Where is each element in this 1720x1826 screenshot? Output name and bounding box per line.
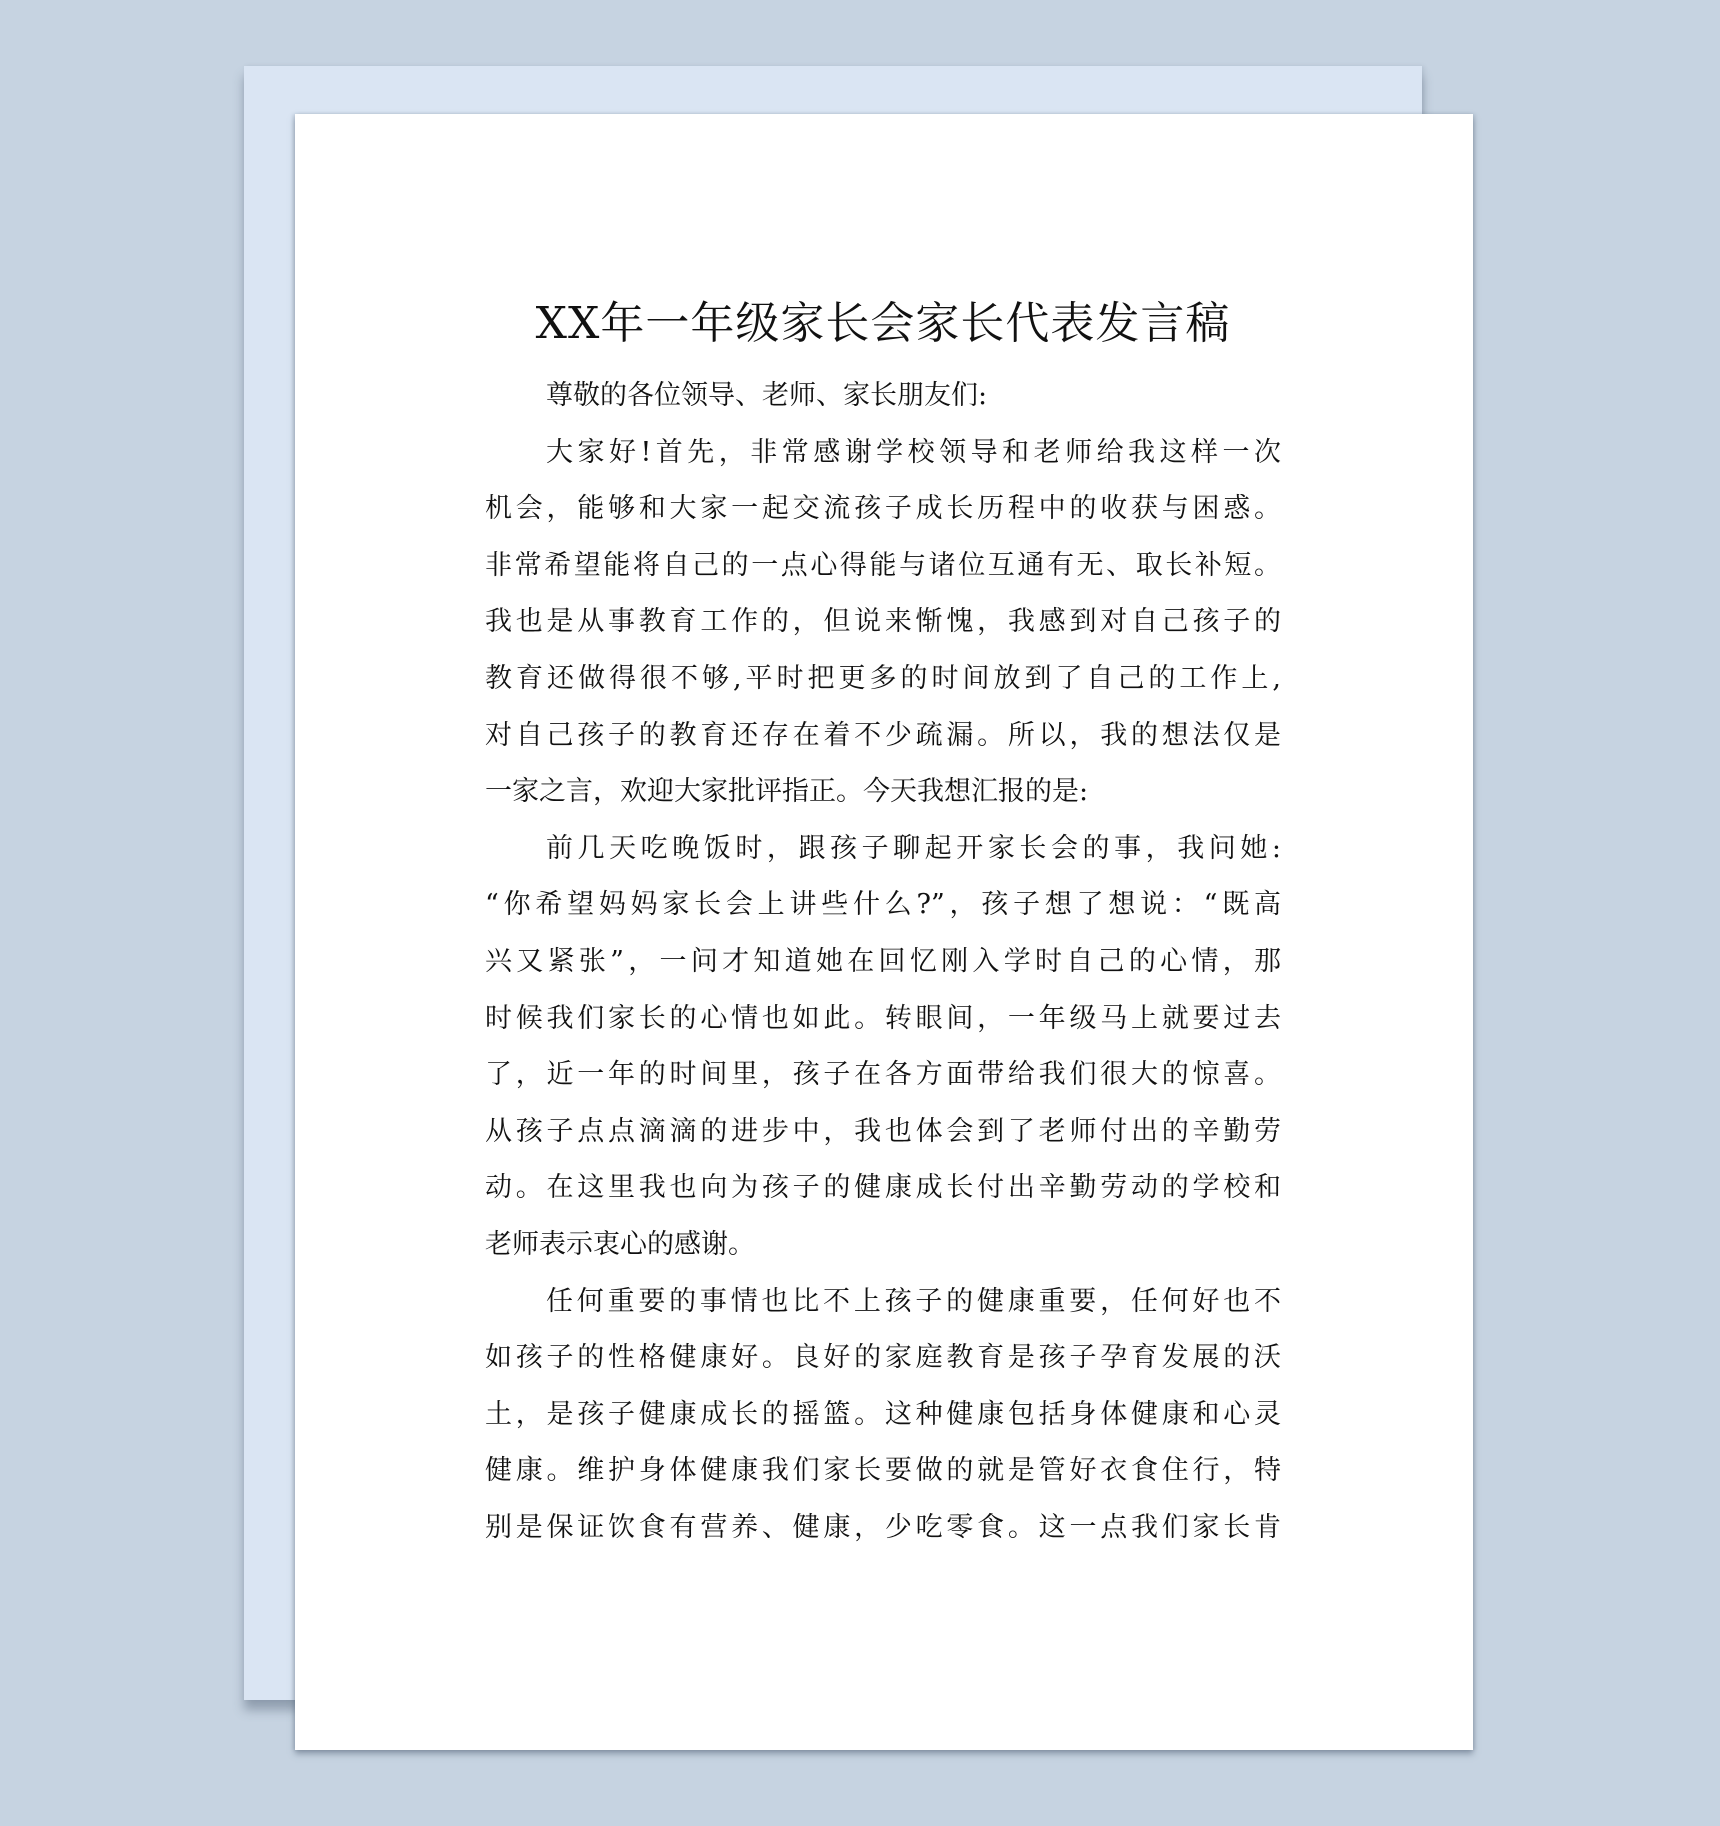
text-line: 了，近一年的时间里，孩子在各方面带给我们很大的惊喜。	[485, 1047, 1281, 1104]
text-line: 从孩子点点滴滴的进步中，我也体会到了老师付出的辛勤劳	[485, 1104, 1281, 1161]
text-line: 任何重要的事情也比不上孩子的健康重要，任何好也不	[485, 1274, 1281, 1331]
intro-paragraph: 大家好!首先，非常感谢学校领导和老师给我这样一次 机会，能够和大家一起交流孩子成…	[485, 425, 1281, 821]
document-body: XX年一年级家长会家长代表发言稿 尊敬的各位领导、老师、家长朋友们: 大家好!首…	[485, 294, 1281, 1556]
text-line: 老师表示衷心的感谢。	[485, 1217, 1281, 1274]
text-line: 时候我们家长的心情也如此。转眼间，一年级马上就要过去	[485, 991, 1281, 1048]
story-paragraph: 前几天吃晚饭时，跟孩子聊起开家长会的事，我问她: “你希望妈妈家长会上讲些什么?…	[485, 821, 1281, 1274]
text-line: 土，是孩子健康成长的摇篮。这种健康包括身体健康和心灵	[485, 1387, 1281, 1444]
text-line: 大家好!首先，非常感谢学校领导和老师给我这样一次	[485, 425, 1281, 482]
text-line: 兴又紧张”，一问才知道她在回忆刚入学时自己的心情，那	[485, 934, 1281, 991]
text-line: 尊敬的各位领导、老师、家长朋友们:	[485, 368, 1281, 425]
text-line: 前几天吃晚饭时，跟孩子聊起开家长会的事，我问她:	[485, 821, 1281, 878]
salutation-paragraph: 尊敬的各位领导、老师、家长朋友们:	[485, 368, 1281, 425]
front-page-sheet: XX年一年级家长会家长代表发言稿 尊敬的各位领导、老师、家长朋友们: 大家好!首…	[295, 114, 1473, 1750]
health-paragraph: 任何重要的事情也比不上孩子的健康重要，任何好也不 如孩子的性格健康好。良好的家庭…	[485, 1274, 1281, 1557]
text-line: 动。在这里我也向为孩子的健康成长付出辛勤劳动的学校和	[485, 1160, 1281, 1217]
text-line: 如孩子的性格健康好。良好的家庭教育是孩子孕育发展的沃	[485, 1330, 1281, 1387]
text-line: 健康。维护身体健康我们家长要做的就是管好衣食住行，特	[485, 1443, 1281, 1500]
document-title: XX年一年级家长会家长代表发言稿	[485, 294, 1281, 354]
text-line: 别是保证饮食有营养、健康，少吃零食。这一点我们家长肯	[485, 1500, 1281, 1557]
text-line: 机会，能够和大家一起交流孩子成长历程中的收获与困惑。	[485, 481, 1281, 538]
text-line: 教育还做得很不够,平时把更多的时间放到了自己的工作上,	[485, 651, 1281, 708]
text-line: 非常希望能将自己的一点心得能与诸位互通有无、取长补短。	[485, 538, 1281, 595]
text-line: 一家之言，欢迎大家批评指正。今天我想汇报的是:	[485, 764, 1281, 821]
text-line: 对自己孩子的教育还存在着不少疏漏。所以，我的想法仅是	[485, 708, 1281, 765]
text-line: 我也是从事教育工作的，但说来惭愧，我感到对自己孩子的	[485, 594, 1281, 651]
text-line: “你希望妈妈家长会上讲些什么?”，孩子想了想说：“既高	[485, 877, 1281, 934]
